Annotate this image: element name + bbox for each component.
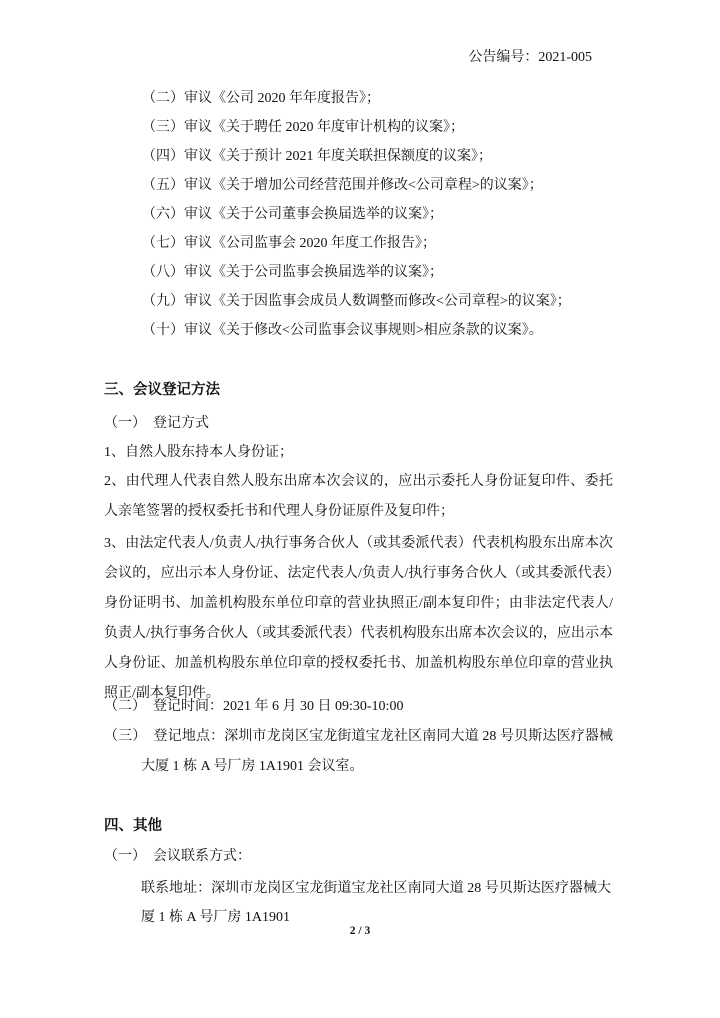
registration-time: （二） 登记时间：2021 年 6 月 30 日 09:30-10:00 [104,692,403,721]
registration-place: （三） 登记地点：深圳市龙岗区宝龙街道宝龙社区南同大道 28 号贝斯达医疗器械大… [104,722,613,782]
agenda-item: （八）审议《关于公司监事会换届选举的议案》； [142,258,620,287]
section-title-registration-method: 三、会议登记方法 [104,376,220,405]
agenda-item: （七）审议《公司监事会 2020 年度工作报告》； [142,229,620,258]
announcement-document-page: 公告编号：2021-005 （二）审议《公司 2020 年年度报告》； （三）审… [0,0,720,1018]
agenda-item: （三）审议《关于聘任 2020 年度审计机构的议案》； [142,113,620,142]
agenda-item: （二）审议《公司 2020 年年度报告》； [142,84,620,113]
registration-method-2: 2、由代理人代表自然人股东出席本次会议的，应出示委托人身份证复印件、委托人亲笔签… [104,467,613,527]
section-title-other: 四、其他 [104,812,162,841]
registration-method-1: 1、自然人股东持本人身份证； [104,438,293,467]
agenda-item: （六）审议《关于公司董事会换届选举的议案》； [142,200,620,229]
agenda-item: （五）审议《关于增加公司经营范围并修改<公司章程>的议案》； [142,171,620,200]
agenda-item-list: （二）审议《公司 2020 年年度报告》； （三）审议《关于聘任 2020 年度… [142,84,620,345]
registration-method-3: 3、由法定代表人/负责人/执行事务合伙人（或其委派代表）代表机构股东出席本次会议… [104,529,613,709]
page-number-indicator: 2 / 3 [0,924,720,938]
agenda-item: （十）审议《关于修改<公司监事会议事规则>相应条款的议案》。 [142,316,620,345]
doc-number: 公告编号：2021-005 [468,48,592,68]
subsection-contact-method: （一） 会议联系方式： [104,842,251,871]
agenda-item: （四）审议《关于预计 2021 年度关联担保额度的议案》； [142,142,620,171]
subsection-registration-way: （一） 登记方式 [104,409,209,438]
agenda-item: （九）审议《关于因监事会成员人数调整而修改<公司章程>的议案》； [142,287,620,316]
